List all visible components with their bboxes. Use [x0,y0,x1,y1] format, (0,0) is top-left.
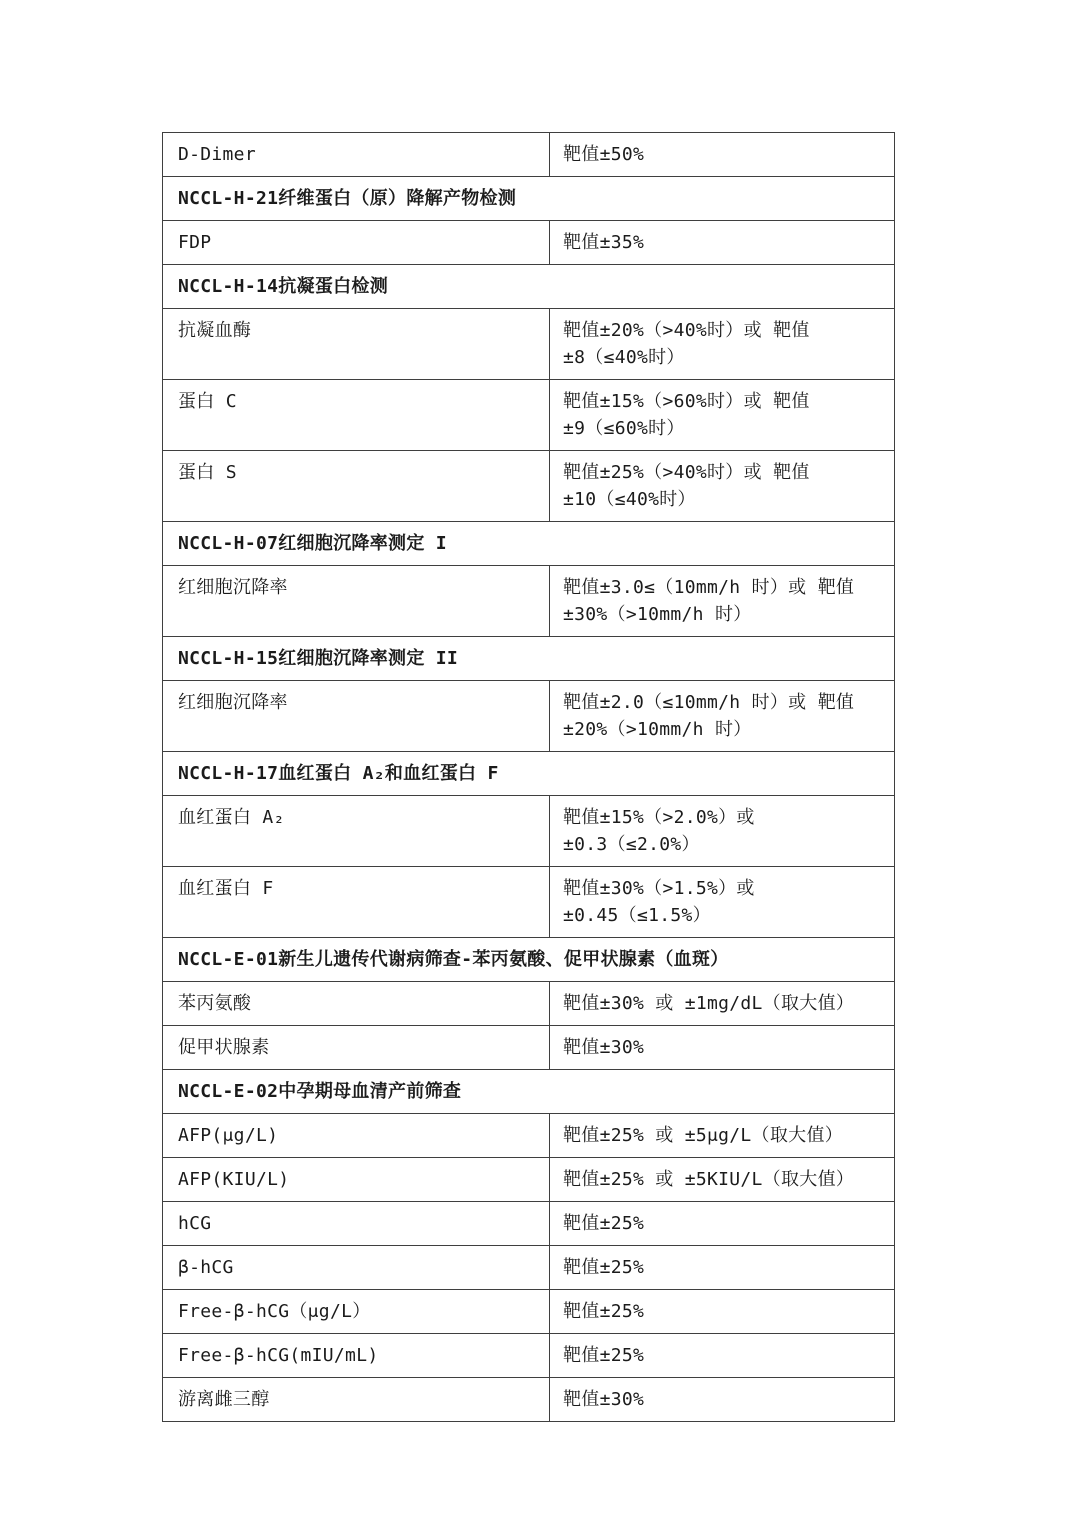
criteria-value-cell: 靶值±30%（>1.5%）或 ±0.45（≤1.5%） [550,867,894,937]
criteria-value-cell: 靶值±25% [550,1202,894,1245]
table-row: 血红蛋白 A₂ 靶值±15%（>2.0%）或 ±0.3（≤2.0%） [163,795,894,866]
table-row: 红细胞沉降率 靶值±2.0（≤10mm/h 时）或 靶值 ±20%（>10mm/… [163,680,894,751]
table-row: 促甲状腺素 靶值±30% [163,1025,894,1069]
section-title: NCCL-H-14抗凝蛋白检测 [163,265,894,308]
section-title: NCCL-E-02中孕期母血清产前筛查 [163,1070,894,1113]
criteria-value-cell: 靶值±25% 或 ±5KIU/L（取大值） [550,1158,894,1201]
test-name-cell: β-hCG [163,1246,550,1289]
table-row: 苯丙氨酸 靶值±30% 或 ±1mg/dL（取大值） [163,981,894,1025]
section-title: NCCL-H-21纤维蛋白（原）降解产物检测 [163,177,894,220]
test-name-cell: 蛋白 S [163,451,550,521]
test-name-cell: FDP [163,221,550,264]
criteria-value-cell: 靶值±15%（>2.0%）或 ±0.3（≤2.0%） [550,796,894,866]
criteria-value-cell: 靶值±25% [550,1246,894,1289]
test-name-cell: 血红蛋白 A₂ [163,796,550,866]
table-row: hCG 靶值±25% [163,1201,894,1245]
table-row: FDP 靶值±35% [163,220,894,264]
test-name-cell: 蛋白 C [163,380,550,450]
criteria-value-cell: 靶值±30% 或 ±1mg/dL（取大值） [550,982,894,1025]
test-name-cell: hCG [163,1202,550,1245]
test-name-cell: 游离雌三醇 [163,1378,550,1421]
section-header-row: NCCL-E-02中孕期母血清产前筛查 [163,1069,894,1113]
table-row: 游离雌三醇 靶值±30% [163,1377,894,1421]
criteria-value-cell: 靶值±25%（>40%时）或 靶值 ±10（≤40%时） [550,451,894,521]
test-name-cell: AFP(μg/L) [163,1114,550,1157]
table-row: AFP(μg/L) 靶值±25% 或 ±5μg/L（取大值） [163,1113,894,1157]
criteria-value-cell: 靶值±30% [550,1026,894,1069]
section-title: NCCL-H-17血红蛋白 A₂和血红蛋白 F [163,752,894,795]
qc-criteria-table: D-Dimer 靶值±50% NCCL-H-21纤维蛋白（原）降解产物检测 FD… [162,132,895,1422]
test-name-cell: Free-β-hCG（μg/L） [163,1290,550,1333]
section-title: NCCL-E-01新生儿遗传代谢病筛查-苯丙氨酸、促甲状腺素（血斑） [163,938,894,981]
section-header-row: NCCL-H-07红细胞沉降率测定 I [163,521,894,565]
section-title: NCCL-H-07红细胞沉降率测定 I [163,522,894,565]
table-row: Free-β-hCG（μg/L） 靶值±25% [163,1289,894,1333]
test-name-cell: 血红蛋白 F [163,867,550,937]
table-row: 蛋白 C 靶值±15%（>60%时）或 靶值 ±9（≤60%时） [163,379,894,450]
criteria-value-cell: 靶值±3.0≤（10mm/h 时）或 靶值 ±30%（>10mm/h 时） [550,566,894,636]
section-header-row: NCCL-H-21纤维蛋白（原）降解产物检测 [163,176,894,220]
criteria-value-cell: 靶值±30% [550,1378,894,1421]
section-title: NCCL-H-15红细胞沉降率测定 II [163,637,894,680]
table-row: D-Dimer 靶值±50% [163,133,894,176]
table-row: 血红蛋白 F 靶值±30%（>1.5%）或 ±0.45（≤1.5%） [163,866,894,937]
test-name-cell: 红细胞沉降率 [163,681,550,751]
table-row: 抗凝血酶 靶值±20%（>40%时）或 靶值 ±8（≤40%时） [163,308,894,379]
section-header-row: NCCL-H-14抗凝蛋白检测 [163,264,894,308]
criteria-value-cell: 靶值±35% [550,221,894,264]
table-row: 蛋白 S 靶值±25%（>40%时）或 靶值 ±10（≤40%时） [163,450,894,521]
test-name-cell: 抗凝血酶 [163,309,550,379]
criteria-value-cell: 靶值±25% [550,1290,894,1333]
criteria-value-cell: 靶值±25% [550,1334,894,1377]
criteria-value-cell: 靶值±25% 或 ±5μg/L（取大值） [550,1114,894,1157]
criteria-value-cell: 靶值±50% [550,133,894,176]
test-name-cell: AFP(KIU/L) [163,1158,550,1201]
criteria-value-cell: 靶值±2.0（≤10mm/h 时）或 靶值 ±20%（>10mm/h 时） [550,681,894,751]
table-row: 红细胞沉降率 靶值±3.0≤（10mm/h 时）或 靶值 ±30%（>10mm/… [163,565,894,636]
test-name-cell: D-Dimer [163,133,550,176]
test-name-cell: Free-β-hCG(mIU/mL) [163,1334,550,1377]
section-header-row: NCCL-E-01新生儿遗传代谢病筛查-苯丙氨酸、促甲状腺素（血斑） [163,937,894,981]
test-name-cell: 促甲状腺素 [163,1026,550,1069]
test-name-cell: 苯丙氨酸 [163,982,550,1025]
section-header-row: NCCL-H-17血红蛋白 A₂和血红蛋白 F [163,751,894,795]
table-row: Free-β-hCG(mIU/mL) 靶值±25% [163,1333,894,1377]
criteria-value-cell: 靶值±15%（>60%时）或 靶值 ±9（≤60%时） [550,380,894,450]
test-name-cell: 红细胞沉降率 [163,566,550,636]
criteria-value-cell: 靶值±20%（>40%时）或 靶值 ±8（≤40%时） [550,309,894,379]
table-row: AFP(KIU/L) 靶值±25% 或 ±5KIU/L（取大值） [163,1157,894,1201]
table-row: β-hCG 靶值±25% [163,1245,894,1289]
section-header-row: NCCL-H-15红细胞沉降率测定 II [163,636,894,680]
document-page: D-Dimer 靶值±50% NCCL-H-21纤维蛋白（原）降解产物检测 FD… [0,0,1080,1527]
